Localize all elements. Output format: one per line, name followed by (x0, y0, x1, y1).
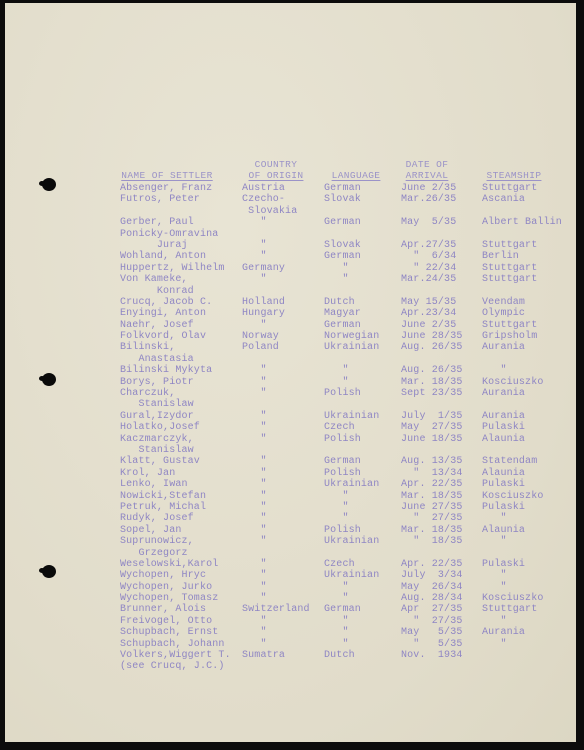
settler-name: Sopel, Jan (120, 525, 182, 536)
steamship: Aurania (482, 388, 525, 399)
country-of-origin: " (242, 593, 267, 604)
language: Magyar (324, 308, 361, 319)
country-of-origin: " (242, 582, 267, 593)
language: German (324, 217, 361, 228)
language: Ukrainian (324, 536, 379, 547)
settler-name: Folkvord, Olav (120, 331, 206, 342)
table-row: Konrad (5, 286, 576, 297)
language: " (324, 377, 349, 388)
country-of-origin: " (242, 422, 267, 433)
arrival-date: June 28/35 (401, 331, 463, 342)
language: " (324, 582, 349, 593)
arrival-date: Apr. 22/35 (401, 559, 463, 570)
country-of-origin: " (242, 434, 267, 445)
steamship: Alaunia (482, 434, 525, 445)
steamship: Pulaski (482, 559, 525, 570)
language: German (324, 604, 361, 615)
steamship: Aurania (482, 627, 525, 638)
steamship: Alaunia (482, 525, 525, 536)
language: German (324, 251, 361, 262)
settler-name: Futros, Peter (120, 194, 200, 205)
steamship: Aurania (482, 342, 525, 353)
arrival-date: Apr. 22/35 (401, 479, 463, 490)
country-of-origin: " (242, 513, 267, 524)
table-row: Schupbach, Ernst " "May 5/35Aurania (5, 627, 576, 638)
country-of-origin: Poland (242, 342, 279, 353)
table-row: Freivogel, Otto " " " 27/35 " (5, 616, 576, 627)
arrival-date: July 1/35 (401, 411, 463, 422)
country-of-origin: " (242, 502, 267, 513)
steamship: Pulaski (482, 502, 525, 513)
country-of-origin: " (242, 274, 267, 285)
arrival-date: June 18/35 (401, 434, 463, 445)
arrival-date: Mar. 18/35 (401, 491, 463, 502)
steamship: Pulaski (482, 422, 525, 433)
settler-name: Wychopen, Hryc (120, 570, 206, 581)
table-row: Charczuk, "PolishSept 23/35Aurania (5, 388, 576, 399)
country-of-origin: " (242, 240, 267, 251)
arrival-date: " 13/34 (401, 468, 463, 479)
language: " (324, 639, 349, 650)
arrival-date: June 2/35 (401, 183, 456, 194)
country-of-origin: " (242, 536, 267, 547)
country-of-origin: " (242, 525, 267, 536)
steamship: Stuttgart (482, 183, 537, 194)
steamship: Pulaski (482, 479, 525, 490)
steamship: " (482, 582, 507, 593)
settler-name: Krol, Jan (120, 468, 175, 479)
table-row: Lenko, Iwan "UkrainianApr. 22/35Pulaski (5, 479, 576, 490)
table-row: Wychopen, Tomasz " "Aug. 28/34Kosciuszko (5, 593, 576, 604)
arrival-date: Sept 23/35 (401, 388, 463, 399)
arrival-date: May 15/35 (401, 297, 456, 308)
language: Czech (324, 559, 355, 570)
language: " (324, 627, 349, 638)
settler-name: Petruk, Michal (120, 502, 206, 513)
table-row: Rudyk, Josef " " " 27/35 " (5, 513, 576, 524)
country-of-origin: " (242, 479, 267, 490)
language: Polish (324, 434, 361, 445)
country-of-origin: " (242, 616, 267, 627)
language: Polish (324, 525, 361, 536)
country-of-origin: Czecho- (242, 194, 285, 205)
table-row: Klatt, Gustav "GermanAug. 13/35Statendam (5, 456, 576, 467)
table-row: Folkvord, OlavNorwayNorwegianJune 28/35G… (5, 331, 576, 342)
table-row: Anastasia (5, 354, 576, 365)
language: " (324, 274, 349, 285)
table-row: Naehr, Josef "GermanJune 2/35Stuttgart (5, 320, 576, 331)
settler-name: Borys, Piotr (120, 377, 194, 388)
arrival-date: May 27/35 (401, 422, 463, 433)
header-language: LANGUAGE (323, 171, 389, 182)
settler-name: Freivogel, Otto (120, 616, 212, 627)
arrival-date: " 5/35 (401, 639, 463, 650)
settler-name: Charczuk, (120, 388, 175, 399)
settler-name: Schupbach, Ernst (120, 627, 218, 638)
settler-name: Wychopen, Jurko (120, 582, 212, 593)
settler-name: Klatt, Gustav (120, 456, 200, 467)
steamship: " (482, 616, 507, 627)
table-row: Wychopen, Hryc "UkrainianJuly 3/34 " (5, 570, 576, 581)
steamship: Alaunia (482, 468, 525, 479)
country-of-origin: Holland (242, 297, 285, 308)
table-header: NAME OF SETTLER COUNTRY OF ORIGIN LANGUA… (5, 151, 576, 181)
language: " (324, 593, 349, 604)
steamship: Stuttgart (482, 240, 537, 251)
table-row: Weselowski,Karol "CzechApr. 22/35Pulaski (5, 559, 576, 570)
settler-name: Rudyk, Josef (120, 513, 194, 524)
country-of-origin: Hungary (242, 308, 285, 319)
table-row: Crucq, Jacob C.HollandDutchMay 15/35Veen… (5, 297, 576, 308)
table-row: Petruk, Michal " "June 27/35Pulaski (5, 502, 576, 513)
steamship: Kosciuszko (482, 377, 544, 388)
steamship: Kosciuszko (482, 593, 544, 604)
country-of-origin: " (242, 388, 267, 399)
settler-name: Schupbach, Johann (120, 639, 225, 650)
settler-list: Absenger, FranzAustriaGermanJune 2/35Stu… (5, 183, 576, 673)
settler-name: Wohland, Anton (120, 251, 206, 262)
language: " (324, 616, 349, 627)
arrival-date: " 27/35 (401, 513, 463, 524)
settler-name: Gerber, Paul (120, 217, 194, 228)
language: " (324, 513, 349, 524)
country-of-origin: " (242, 217, 267, 228)
table-row: Holatko,Josef "CzechMay 27/35Pulaski (5, 422, 576, 433)
country-of-origin: Slovakia (242, 206, 297, 217)
country-of-origin: " (242, 251, 267, 262)
table-row: Kaczmarczyk, "PolishJune 18/35Alaunia (5, 434, 576, 445)
table-row: Sopel, Jan "PolishMar. 18/35Alaunia (5, 525, 576, 536)
table-row: Futros, PeterCzecho-SlovakMar.26/35Ascan… (5, 194, 576, 205)
settler-name: (see Crucq, J.C.) (120, 661, 225, 672)
steamship: " (482, 513, 507, 524)
table-row: Stanislaw (5, 445, 576, 456)
table-row: Gural,Izydor "UkrainianJuly 1/35Aurania (5, 411, 576, 422)
country-of-origin: " (242, 639, 267, 650)
table-row: Grzegorz (5, 548, 576, 559)
table-row: Slovakia (5, 206, 576, 217)
table-row: Brunner, AloisSwitzerlandGermanApr 27/35… (5, 604, 576, 615)
settler-name: Grzegorz (120, 548, 188, 559)
table-row: Volkers,Wiggert T.SumatraDutchNov. 1934 (5, 650, 576, 661)
language: Czech (324, 422, 355, 433)
table-row: (see Crucq, J.C.) (5, 661, 576, 672)
settler-name: Bilinski Mykyta (120, 365, 212, 376)
settler-name: Gural,Izydor (120, 411, 194, 422)
settler-name: Stanislaw (120, 445, 194, 456)
country-of-origin: " (242, 468, 267, 479)
steamship: Ascania (482, 194, 525, 205)
language: " (324, 502, 349, 513)
language: Norwegian (324, 331, 379, 342)
steamship: Statendam (482, 456, 537, 467)
steamship: " (482, 639, 507, 650)
arrival-date: Nov. 1934 (401, 650, 463, 661)
settler-name: Suprunowicz, (120, 536, 194, 547)
language: " (324, 491, 349, 502)
steamship: " (482, 536, 507, 547)
arrival-date: Aug. 28/34 (401, 593, 463, 604)
language: Slovak (324, 240, 361, 251)
steamship: " (482, 570, 507, 581)
arrival-date: " 18/35 (401, 536, 463, 547)
table-row: Enyingi, AntonHungaryMagyarApr.23/34Olym… (5, 308, 576, 319)
country-of-origin: " (242, 456, 267, 467)
steamship: Kosciuszko (482, 491, 544, 502)
country-of-origin: " (242, 559, 267, 570)
table-row: Stanislaw (5, 399, 576, 410)
country-of-origin: Norway (242, 331, 279, 342)
settler-name: Weselowski,Karol (120, 559, 218, 570)
document-page: NAME OF SETTLER COUNTRY OF ORIGIN LANGUA… (5, 3, 576, 742)
settler-name: Lenko, Iwan (120, 479, 188, 490)
settler-name: Brunner, Alois (120, 604, 206, 615)
table-row: Suprunowicz, "Ukrainian " 18/35 " (5, 536, 576, 547)
settler-name: Naehr, Josef (120, 320, 194, 331)
settler-name: Enyingi, Anton (120, 308, 206, 319)
country-of-origin: Switzerland (242, 604, 310, 615)
arrival-date: Mar.24/35 (401, 274, 456, 285)
steamship: Gripsholm (482, 331, 537, 342)
steamship: " (482, 365, 507, 376)
language: Ukrainian (324, 411, 379, 422)
language: Polish (324, 388, 361, 399)
settler-name: Bilinski, (120, 342, 175, 353)
settler-name: Huppertz, Wilhelm (120, 263, 225, 274)
steamship: Stuttgart (482, 320, 537, 331)
table-row: Juraj "SlovakApr.27/35Stuttgart (5, 240, 576, 251)
table-row: Borys, Piotr " "Mar. 18/35Kosciuszko (5, 377, 576, 388)
settler-name: Von Kameke, (120, 274, 188, 285)
arrival-date: Aug. 13/35 (401, 456, 463, 467)
language: Ukrainian (324, 570, 379, 581)
header-country: COUNTRY OF ORIGIN (241, 160, 311, 181)
settler-name: Kaczmarczyk, (120, 434, 194, 445)
country-of-origin: " (242, 320, 267, 331)
arrival-date: May 5/35 (401, 627, 463, 638)
steamship: Albert Ballin (482, 217, 562, 228)
arrival-date: Mar. 18/35 (401, 377, 463, 388)
country-of-origin: Germany (242, 263, 285, 274)
table-row: Wohland, Anton "German " 6/34Berlin (5, 251, 576, 262)
arrival-date: May 26/34 (401, 582, 463, 593)
country-of-origin: " (242, 627, 267, 638)
table-row: Bilinski,PolandUkrainianAug. 26/35Aurani… (5, 342, 576, 353)
settler-name: Volkers,Wiggert T. (120, 650, 231, 661)
country-of-origin: " (242, 411, 267, 422)
header-steamship: STEAMSHIP (479, 171, 549, 182)
language: " (324, 365, 349, 376)
table-row: Ponicky-Omravina (5, 229, 576, 240)
table-row: Von Kameke, " "Mar.24/35Stuttgart (5, 274, 576, 285)
settler-name: Nowicki,Stefan (120, 491, 206, 502)
table-row: Krol, Jan "Polish " 13/34Alaunia (5, 468, 576, 479)
arrival-date: Apr 27/35 (401, 604, 463, 615)
header-name: NAME OF SETTLER (119, 171, 215, 182)
arrival-date: May 5/35 (401, 217, 456, 228)
settler-name: Konrad (120, 286, 194, 297)
settler-name: Juraj (120, 240, 188, 251)
language: German (324, 320, 361, 331)
settler-name: Stanislaw (120, 399, 194, 410)
country-of-origin: " (242, 570, 267, 581)
settler-name: Absenger, Franz (120, 183, 212, 194)
arrival-date: Mar.26/35 (401, 194, 456, 205)
steamship: Berlin (482, 251, 519, 262)
steamship: Stuttgart (482, 274, 537, 285)
arrival-date: Mar. 18/35 (401, 525, 463, 536)
table-row: Bilinski Mykyta " "Aug. 26/35 " (5, 365, 576, 376)
arrival-date: Apr.23/34 (401, 308, 456, 319)
arrival-date: June 2/35 (401, 320, 456, 331)
header-date: DATE OF ARRIVAL (399, 160, 455, 181)
arrival-date: " 27/35 (401, 616, 463, 627)
table-row: Nowicki,Stefan " "Mar. 18/35Kosciuszko (5, 491, 576, 502)
arrival-date: Aug. 26/35 (401, 365, 463, 376)
settler-name: Ponicky-Omravina (120, 229, 218, 240)
table-row: Gerber, Paul "GermanMay 5/35Albert Balli… (5, 217, 576, 228)
language: German (324, 456, 361, 467)
table-row: Huppertz, WilhelmGermany " " 22/34Stuttg… (5, 263, 576, 274)
steamship: Olympic (482, 308, 525, 319)
settler-name: Anastasia (120, 354, 194, 365)
language: Dutch (324, 650, 355, 661)
country-of-origin: " (242, 491, 267, 502)
steamship: Aurania (482, 411, 525, 422)
language: Ukrainian (324, 479, 379, 490)
arrival-date: Aug. 26/35 (401, 342, 463, 353)
language: Polish (324, 468, 361, 479)
language: Slovak (324, 194, 361, 205)
table-row: Wychopen, Jurko " "May 26/34 " (5, 582, 576, 593)
arrival-date: Apr.27/35 (401, 240, 456, 251)
arrival-date: June 27/35 (401, 502, 463, 513)
steamship: Veendam (482, 297, 525, 308)
country-of-origin: Sumatra (242, 650, 285, 661)
steamship: Stuttgart (482, 263, 537, 274)
settler-name: Wychopen, Tomasz (120, 593, 218, 604)
country-of-origin: " (242, 365, 267, 376)
steamship: Stuttgart (482, 604, 537, 615)
arrival-date: " 6/34 (401, 251, 456, 262)
settler-name: Crucq, Jacob C. (120, 297, 212, 308)
country-of-origin: Austria (242, 183, 285, 194)
table-row: Schupbach, Johann " " " 5/35 " (5, 639, 576, 650)
language: Dutch (324, 297, 355, 308)
settler-name: Holatko,Josef (120, 422, 200, 433)
language: German (324, 183, 361, 194)
language: Ukrainian (324, 342, 379, 353)
country-of-origin: " (242, 377, 267, 388)
language: " (324, 263, 349, 274)
table-row: Absenger, FranzAustriaGermanJune 2/35Stu… (5, 183, 576, 194)
arrival-date: " 22/34 (401, 263, 456, 274)
arrival-date: July 3/34 (401, 570, 463, 581)
